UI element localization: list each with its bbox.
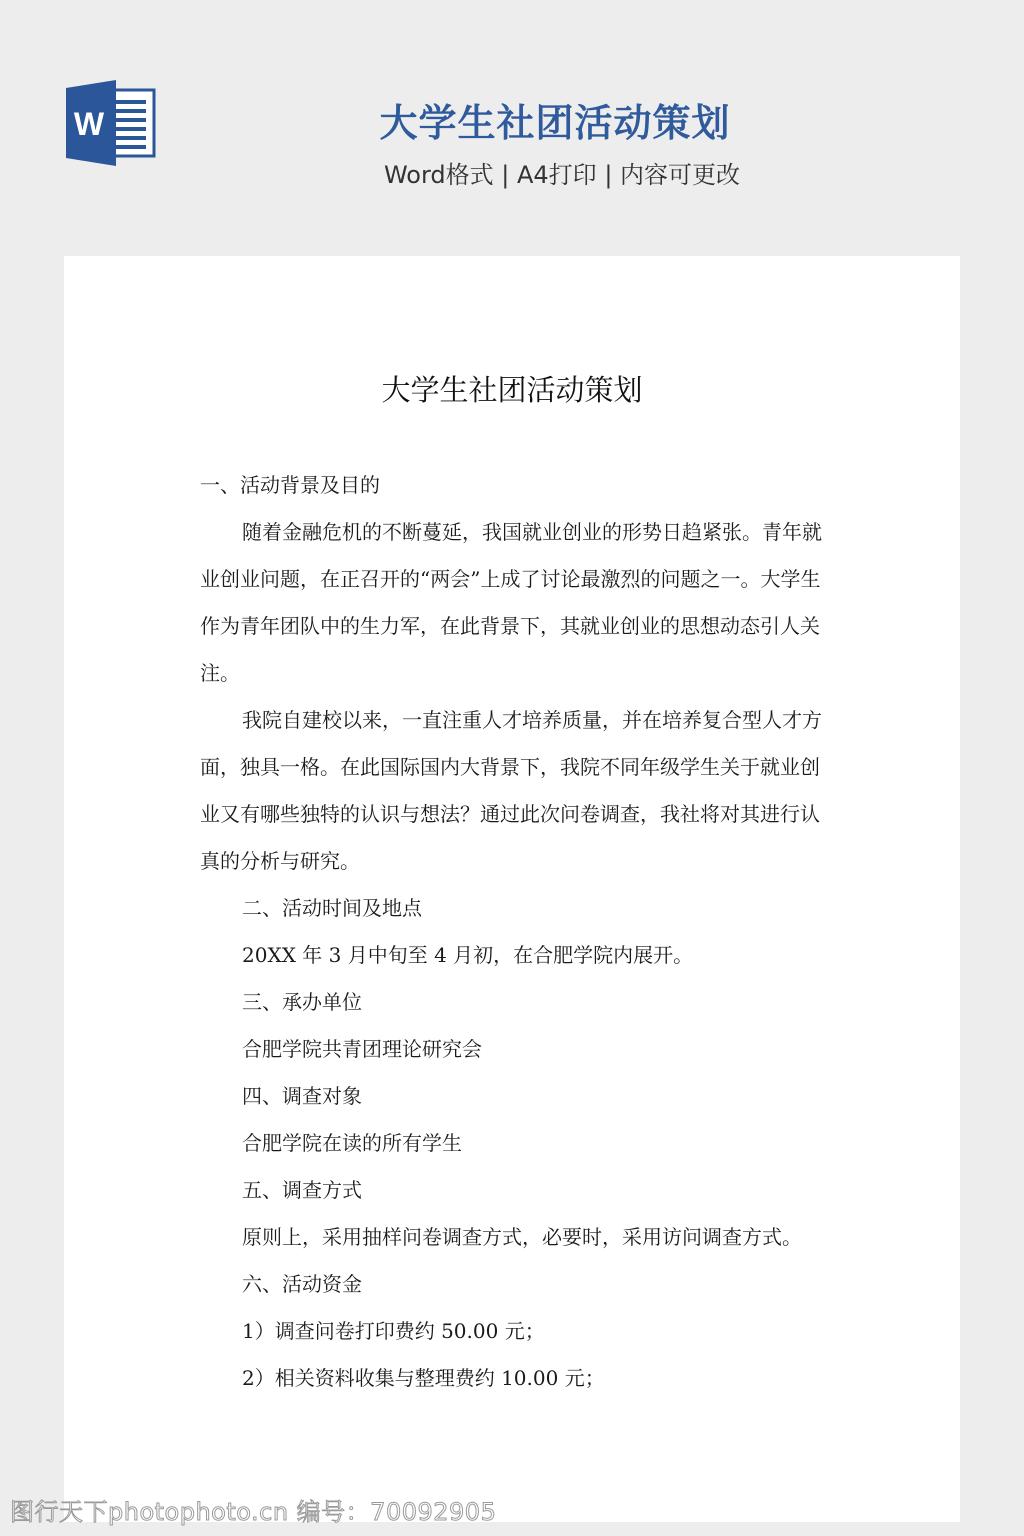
section-heading-method: 五、调查方式	[200, 1167, 830, 1214]
banner-title: 大学生社团活动策划	[0, 92, 1024, 147]
section-heading-time-place: 二、活动时间及地点	[200, 885, 830, 932]
section-heading-organizer: 三、承办单位	[200, 979, 830, 1026]
section-heading-target: 四、调查对象	[200, 1073, 830, 1120]
list-item-fund-1: 1）调查问卷打印费约 50.00 元；	[200, 1308, 830, 1355]
paragraph-time-place: 20XX 年 3 月中旬至 4 月初，在合肥学院内展开。	[200, 932, 830, 979]
paragraph-target: 合肥学院在读的所有学生	[200, 1120, 830, 1167]
document-page: 大学生社团活动策划 一、活动背景及目的 随着金融危机的不断蔓延，我国就业创业的形…	[64, 256, 960, 1522]
watermark: 图行天下photophoto.cn 编号：70092905	[10, 1492, 496, 1527]
paragraph-method: 原则上，采用抽样问卷调查方式，必要时，采用访问调查方式。	[200, 1214, 830, 1261]
banner-subtitle: Word格式 | A4打印 | 内容可更改	[0, 155, 1024, 190]
document-title: 大学生社团活动策划	[64, 368, 960, 409]
document-body: 一、活动背景及目的 随着金融危机的不断蔓延，我国就业创业的形势日趋紧张。青年就业…	[200, 462, 830, 1402]
section-heading-funds: 六、活动资金	[200, 1261, 830, 1308]
paragraph-background: 随着金融危机的不断蔓延，我国就业创业的形势日趋紧张。青年就业创业问题，在正召开的…	[200, 509, 830, 697]
paragraph-school: 我院自建校以来，一直注重人才培养质量，并在培养复合型人才方面，独具一格。在此国际…	[200, 697, 830, 885]
section-heading-background: 一、活动背景及目的	[200, 462, 830, 509]
paragraph-organizer: 合肥学院共青团理论研究会	[200, 1026, 830, 1073]
list-item-fund-2: 2）相关资料收集与整理费约 10.00 元；	[200, 1355, 830, 1402]
